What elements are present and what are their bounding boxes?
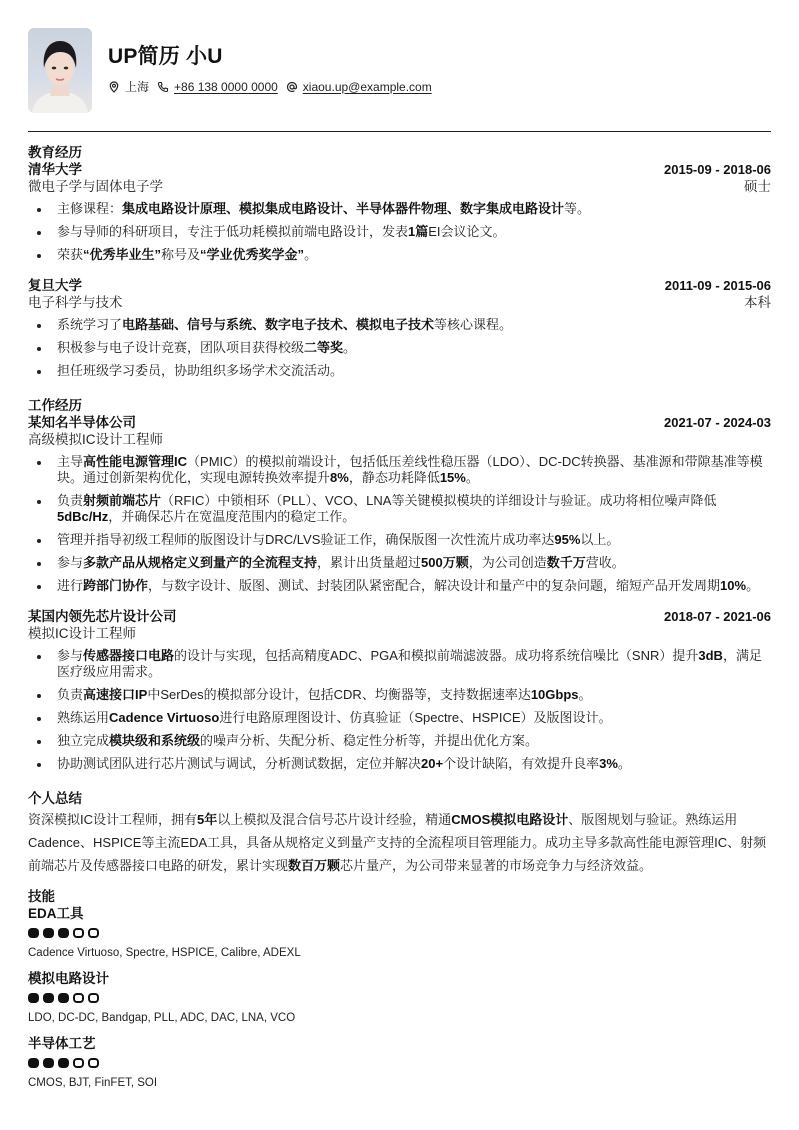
filled-dot-icon	[58, 1058, 69, 1068]
entry-subheader: 微电子学与固体电子学 硕士	[28, 178, 771, 195]
summary-section: 个人总结 资深模拟IC设计工程师，拥有5年以上模拟及混合信号芯片设计经验，精通C…	[28, 790, 771, 877]
bullet-item: 独立完成模块级和系统级的噪声分析、失配分析、稳定性分析等，并提出优化方案。	[28, 733, 771, 749]
location-text: 上海	[125, 78, 149, 95]
bullet-item: 协助测试团队进行芯片测试与调试，分析测试数据，定位并解决20+个设计缺陷，有效提…	[28, 756, 771, 772]
bullet-item: 熟练运用Cadence Virtuoso进行电路原理图设计、仿真验证（Spect…	[28, 710, 771, 726]
job-title: 模拟IC设计工程师	[28, 625, 136, 642]
filled-dot-icon	[28, 928, 39, 938]
company-name: 某知名半导体公司	[28, 414, 136, 431]
empty-dot-icon	[73, 928, 84, 938]
skill-item: 模拟电路设计 LDO, DC-DC, Bandgap, PLL, ADC, DA…	[28, 970, 771, 1026]
section-title-work: 工作经历	[28, 397, 771, 414]
filled-dot-icon	[58, 993, 69, 1003]
work-entry: 某国内领先芯片设计公司 2018-07 - 2021-06 模拟IC设计工程师 …	[28, 608, 771, 772]
filled-dot-icon	[28, 993, 39, 1003]
resume-content: 教育经历 清华大学 2015-09 - 2018-06 微电子学与固体电子学 硕…	[28, 144, 771, 1091]
at-sign-icon	[286, 81, 298, 93]
skill-name: 模拟电路设计	[28, 970, 771, 987]
skill-level-rating	[28, 993, 771, 1004]
empty-dot-icon	[88, 1058, 99, 1068]
entry-subheader: 模拟IC设计工程师	[28, 625, 771, 642]
entry-header: 复旦大学 2011-09 - 2015-06	[28, 277, 771, 294]
bullet-item: 积极参与电子设计竞赛，团队项目获得校级二等奖。	[28, 340, 771, 356]
bullet-list: 主修课程：集成电路设计原理、模拟集成电路设计、半导体器件物理、数字集成电路设计等…	[28, 201, 771, 263]
resume-page: UP简历 小U 上海 +86 138 0000 0000	[28, 28, 771, 114]
company-name: 某国内领先芯片设计公司	[28, 608, 177, 625]
phone-icon	[157, 81, 169, 93]
contact-email[interactable]: xiaou.up@example.com	[286, 80, 432, 94]
entry-header: 清华大学 2015-09 - 2018-06	[28, 161, 771, 178]
header-divider	[28, 131, 771, 132]
map-pin-icon	[108, 81, 120, 93]
bullet-item: 主导高性能电源管理IC（PMIC）的模拟前端设计，包括低压差线性稳压器（LDO）…	[28, 454, 771, 486]
degree: 硕士	[744, 178, 771, 195]
filled-dot-icon	[43, 928, 54, 938]
bullet-item: 参与导师的科研项目，专注于低功耗模拟前端电路设计，发表1篇EI会议论文。	[28, 224, 771, 240]
school-name: 清华大学	[28, 161, 82, 178]
empty-dot-icon	[73, 993, 84, 1003]
entry-header: 某知名半导体公司 2021-07 - 2024-03	[28, 414, 771, 431]
education-entry: 复旦大学 2011-09 - 2015-06 电子科学与技术 本科 系统学习了电…	[28, 277, 771, 379]
bullet-item: 参与多款产品从规格定义到量产的全流程支持，累计出货量超过500万颗，为公司创造数…	[28, 555, 771, 571]
filled-dot-icon	[43, 993, 54, 1003]
resume-header: UP简历 小U 上海 +86 138 0000 0000	[28, 28, 771, 114]
phone-link[interactable]: +86 138 0000 0000	[174, 80, 278, 94]
profile-photo	[28, 28, 92, 113]
bullet-item: 主修课程：集成电路设计原理、模拟集成电路设计、半导体器件物理、数字集成电路设计等…	[28, 201, 771, 217]
work-section: 工作经历 某知名半导体公司 2021-07 - 2024-03 高级模拟IC设计…	[28, 397, 771, 772]
major: 微电子学与固体电子学	[28, 178, 163, 195]
bullet-item: 负责高速接口IP中SerDes的模拟部分设计，包括CDR、均衡器等，支持数据速率…	[28, 687, 771, 703]
entry-subheader: 电子科学与技术 本科	[28, 294, 771, 311]
bullet-item: 管理并指导初级工程师的版图设计与DRC/LVS验证工作，确保版图一次性流片成功率…	[28, 532, 771, 548]
contact-location: 上海	[108, 78, 149, 95]
header-info: UP简历 小U 上海 +86 138 0000 0000	[108, 28, 440, 95]
candidate-name: UP简历 小U	[108, 44, 440, 70]
entry-subheader: 高级模拟IC设计工程师	[28, 431, 771, 448]
section-title-skills: 技能	[28, 888, 771, 905]
date-range: 2018-07 - 2021-06	[664, 608, 771, 625]
bullet-item: 系统学习了电路基础、信号与系统、数字电子技术、模拟电子技术等核心课程。	[28, 317, 771, 333]
date-range: 2011-09 - 2015-06	[665, 277, 771, 294]
bullet-list: 系统学习了电路基础、信号与系统、数字电子技术、模拟电子技术等核心课程。积极参与电…	[28, 317, 771, 379]
summary-text: 资深模拟IC设计工程师，拥有5年以上模拟及混合信号芯片设计经验，精通CMOS模拟…	[28, 808, 771, 877]
skills-section: 技能 EDA工具 Cadence Virtuoso, Spectre, HSPI…	[28, 888, 771, 1091]
contact-row: 上海 +86 138 0000 0000 xiaou.up@example.co…	[108, 78, 440, 95]
bullet-list: 主导高性能电源管理IC（PMIC）的模拟前端设计，包括低压差线性稳压器（LDO）…	[28, 454, 771, 594]
major: 电子科学与技术	[28, 294, 123, 311]
entry-header: 某国内领先芯片设计公司 2018-07 - 2021-06	[28, 608, 771, 625]
school-name: 复旦大学	[28, 277, 82, 294]
skill-level-rating	[28, 1058, 771, 1069]
filled-dot-icon	[28, 1058, 39, 1068]
degree: 本科	[744, 294, 771, 311]
bullet-item: 进行跨部门协作，与数字设计、版图、测试、封装团队紧密配合，解决设计和量产中的复杂…	[28, 578, 771, 594]
contact-phone[interactable]: +86 138 0000 0000	[157, 80, 278, 94]
skill-keywords: CMOS, BJT, FinFET, SOI	[28, 1075, 771, 1091]
skill-name: 半导体工艺	[28, 1035, 771, 1052]
skill-level-rating	[28, 928, 771, 939]
section-title-summary: 个人总结	[28, 790, 771, 807]
skill-keywords: Cadence Virtuoso, Spectre, HSPICE, Calib…	[28, 945, 771, 961]
empty-dot-icon	[73, 1058, 84, 1068]
job-title: 高级模拟IC设计工程师	[28, 431, 163, 448]
bullet-item: 参与传感器接口电路的设计与实现，包括高精度ADC、PGA和模拟前端滤波器。成功将…	[28, 648, 771, 680]
empty-dot-icon	[88, 993, 99, 1003]
filled-dot-icon	[43, 1058, 54, 1068]
section-title-education: 教育经历	[28, 144, 771, 161]
bullet-item: 担任班级学习委员，协助组织多场学术交流活动。	[28, 363, 771, 379]
education-section: 教育经历 清华大学 2015-09 - 2018-06 微电子学与固体电子学 硕…	[28, 144, 771, 379]
filled-dot-icon	[58, 928, 69, 938]
date-range: 2021-07 - 2024-03	[664, 414, 771, 431]
work-entry: 某知名半导体公司 2021-07 - 2024-03 高级模拟IC设计工程师 主…	[28, 414, 771, 594]
education-entry: 清华大学 2015-09 - 2018-06 微电子学与固体电子学 硕士 主修课…	[28, 161, 771, 263]
empty-dot-icon	[88, 928, 99, 938]
skill-item: 半导体工艺 CMOS, BJT, FinFET, SOI	[28, 1035, 771, 1091]
email-link[interactable]: xiaou.up@example.com	[303, 80, 432, 94]
skill-name: EDA工具	[28, 905, 771, 922]
bullet-item: 荣获“优秀毕业生”称号及“学业优秀奖学金”。	[28, 247, 771, 263]
skill-keywords: LDO, DC-DC, Bandgap, PLL, ADC, DAC, LNA,…	[28, 1010, 771, 1026]
bullet-item: 负责射频前端芯片（RFIC）中锁相环（PLL）、VCO、LNA等关键模拟模块的详…	[28, 493, 771, 525]
skill-item: EDA工具 Cadence Virtuoso, Spectre, HSPICE,…	[28, 905, 771, 961]
portrait-illustration	[28, 28, 92, 113]
bullet-list: 参与传感器接口电路的设计与实现，包括高精度ADC、PGA和模拟前端滤波器。成功将…	[28, 648, 771, 772]
date-range: 2015-09 - 2018-06	[664, 161, 771, 178]
